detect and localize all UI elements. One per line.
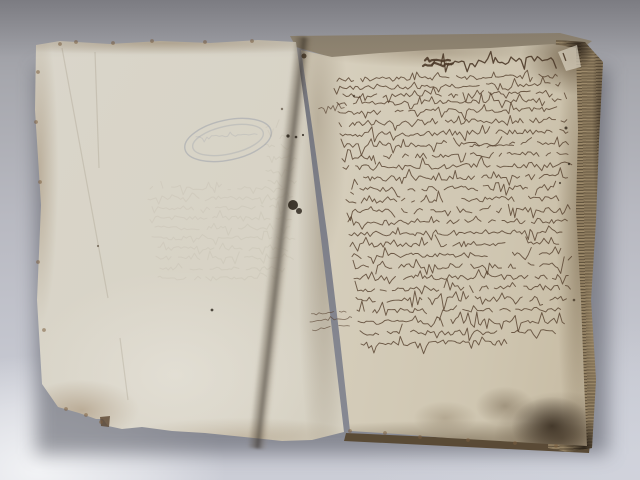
handwriting-stroke	[352, 247, 572, 264]
handwriting-stroke	[156, 251, 293, 264]
handwriting-stroke	[343, 157, 572, 171]
handwriting-stroke	[152, 231, 295, 244]
handwriting-stroke	[338, 102, 557, 119]
edge-stain	[203, 40, 207, 44]
handwriting-stroke	[358, 312, 564, 332]
handwriting-stroke	[265, 143, 295, 150]
edge-stain	[58, 42, 62, 46]
edge-stain	[84, 413, 88, 417]
handwriting-stroke	[432, 52, 566, 72]
ink-speck	[559, 182, 561, 184]
edge-stain	[513, 441, 517, 445]
ink-speck	[302, 54, 307, 59]
handwriting-stroke	[155, 223, 290, 235]
handwriting-stroke	[158, 273, 278, 281]
handwriting-stroke	[150, 210, 291, 222]
body-text-lines	[319, 70, 572, 354]
handwriting-stroke	[310, 315, 352, 322]
handwriting-stroke	[353, 257, 564, 275]
handwriting-stroke	[354, 270, 568, 285]
edge-stain	[74, 40, 78, 44]
handwriting-stroke	[150, 182, 288, 195]
ink-speck	[211, 309, 214, 312]
crease-line	[62, 48, 108, 298]
handwriting-stroke	[357, 301, 561, 320]
ink-speck	[565, 127, 568, 130]
handwriting-stroke	[346, 191, 559, 203]
edge-stain	[554, 444, 558, 448]
handwriting-stroke	[268, 180, 296, 187]
ink-speck	[97, 245, 99, 247]
handwriting-stroke	[266, 120, 294, 128]
handwriting-stroke	[350, 235, 565, 251]
handwriting-stroke	[342, 150, 568, 164]
edge-stain	[36, 260, 40, 264]
edge-stain	[250, 39, 254, 43]
ink-speck	[281, 108, 283, 110]
handwriting-stroke	[361, 336, 507, 353]
handwriting-stroke	[148, 192, 292, 205]
handwriting-stroke	[347, 205, 570, 221]
handwriting-stroke	[268, 129, 293, 139]
handwriting-stroke	[425, 58, 450, 62]
handwriting-stroke	[319, 104, 345, 114]
edge-stain	[38, 180, 42, 184]
edge-stain	[383, 431, 387, 435]
handwriting-stroke	[311, 311, 346, 316]
edge-stain	[99, 420, 103, 424]
photo	[0, 0, 640, 480]
edge-stain	[466, 438, 470, 442]
edge-stain	[150, 39, 154, 43]
handwriting-stroke	[348, 216, 567, 229]
marginal-note	[309, 310, 352, 331]
ink-speck	[286, 134, 289, 137]
ink-speck	[568, 163, 570, 165]
handwriting-stroke	[470, 144, 514, 147]
ink-speck	[353, 95, 355, 97]
ink-speck	[296, 208, 302, 214]
crease-line	[120, 338, 128, 400]
handwriting-stroke	[339, 116, 567, 131]
handwriting-stroke	[343, 87, 567, 103]
handwriting-stroke	[267, 155, 296, 162]
handwriting-stroke	[266, 167, 294, 177]
heading-line	[423, 52, 566, 72]
handwriting-stroke	[337, 70, 557, 82]
ink-layer	[0, 0, 640, 480]
ink-speck	[573, 299, 576, 302]
edge-stain	[348, 429, 352, 433]
edge-stain	[111, 41, 115, 45]
ink-speck	[302, 134, 304, 136]
edge-stain	[64, 407, 68, 411]
edge-stain	[34, 120, 38, 124]
handwriting-stroke	[349, 226, 562, 241]
handwriting-stroke	[160, 263, 285, 271]
handwriting-stroke	[360, 324, 555, 341]
library-stamp	[181, 111, 275, 168]
crease-line	[95, 52, 99, 168]
stamp-ellipse	[190, 119, 266, 161]
ink-speck	[295, 136, 298, 139]
corner-flap	[558, 45, 581, 71]
handwriting-stroke	[352, 168, 568, 190]
page-creases	[62, 48, 128, 400]
showthrough-text	[148, 120, 296, 281]
ink-speck	[288, 200, 298, 210]
handwriting-stroke	[158, 242, 288, 254]
handwriting-stroke	[312, 325, 349, 331]
handwriting-stroke	[351, 181, 556, 197]
edge-stain	[418, 435, 422, 439]
edge-stain	[36, 70, 40, 74]
edge-stain	[42, 328, 46, 332]
